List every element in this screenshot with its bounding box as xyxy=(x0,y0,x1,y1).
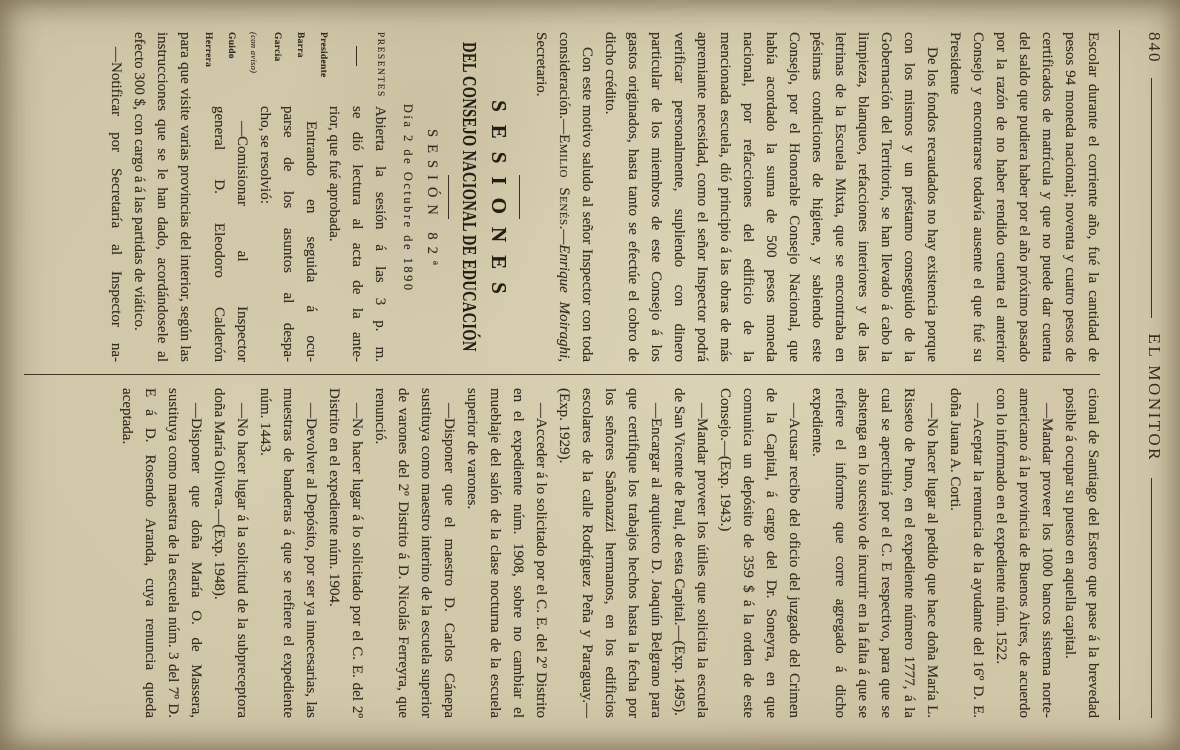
paragraph: Escolar durante el corriente año, fué la… xyxy=(943,32,1104,362)
attendance-line: rior, que fué aprobada. xyxy=(322,106,345,362)
left-column: Escolar durante el corriente año, fué la… xyxy=(104,32,1104,362)
paragraph: De los fondos recaudados no hay existenc… xyxy=(598,32,943,362)
right-column: cional de Santiago del Estero que pase á… xyxy=(104,388,1104,718)
attendance-line: parse de los asuntos al despa- xyxy=(276,106,299,362)
masthead: 840 EL MONITOR xyxy=(1144,32,1164,718)
closing-paragraph: Con este motivo saludo al señor Inspecto… xyxy=(529,32,598,362)
column-last-line: —Notificar por Secretaría al Inspector n… xyxy=(104,32,127,362)
attendance-line: general D. Eleodoro Calderón xyxy=(207,106,230,362)
presentes-rule-row xyxy=(334,32,357,106)
closing-dash: .— xyxy=(556,226,572,245)
paragraph: —Mandar proveer los 1000 bancos sistema … xyxy=(989,388,1058,718)
page-body: Escolar durante el corriente año, fué la… xyxy=(104,32,1104,718)
attendee-name: Herrera xyxy=(196,32,219,106)
page-number: 840 xyxy=(1144,32,1164,78)
secretary-name: Enrique Moiraghi xyxy=(556,244,572,358)
section-divider-top xyxy=(519,175,520,219)
attendance-block: PRESENTES Presidente Barra García (con a… xyxy=(196,32,391,362)
paragraph: —No hacer lugar á lo solicitado por el C… xyxy=(322,388,368,718)
paragraph: cional de Santiago del Estero que pase á… xyxy=(1058,388,1104,718)
paragraph: —Disponer que el maestro D. Carlos Cánep… xyxy=(368,388,460,718)
section-subtitle-text: DEL CONSEJO NACIONAL DE EDUCACIÓN xyxy=(456,42,482,352)
section-title: SESIONES xyxy=(486,32,512,362)
attendee-name: Presidente xyxy=(311,32,334,106)
attendee-name: Guido xyxy=(219,32,242,106)
paragraph: —Disponer que doña María O. de Massera, … xyxy=(115,388,207,718)
attendance-line: Abierta la sesión á las 3 p. m. xyxy=(368,106,391,362)
masthead-underline xyxy=(1119,30,1120,720)
masthead-rule-left xyxy=(1152,78,1153,318)
attendance-margin: PRESENTES Presidente Barra García (con a… xyxy=(196,32,391,106)
session-heading: SESIÓN 82ª xyxy=(421,32,442,362)
signature-name: Emilio Senés xyxy=(556,134,572,226)
continuation-paragraph: para que visite varias provincias del in… xyxy=(127,32,196,362)
paragraph: —Acceder á lo solicitado por el C. E. de… xyxy=(460,388,552,718)
attendee-note: (con aviso) xyxy=(242,32,265,106)
attendance-line: se dió lectura al acta de la ante- xyxy=(345,106,368,362)
presentes-rule xyxy=(356,46,357,66)
masthead-rule-right xyxy=(1152,478,1153,718)
attendance-line: cho, se resolvió: xyxy=(253,106,276,362)
presentes-label: PRESENTES xyxy=(368,32,391,106)
paragraph: —Acusar recibo del oficio del juzgado de… xyxy=(713,388,805,718)
paragraph: —Mandar proveer los útiles que solicita … xyxy=(667,388,713,718)
attendee-name: Barra xyxy=(288,32,311,106)
attendee-name: García xyxy=(265,32,288,106)
paragraph: —No hacer lugar al pedido que hace doña … xyxy=(805,388,943,718)
session-date: Día 2 de Octubre de 1890 xyxy=(399,32,416,362)
paragraph: —Encargar al arquitecto D. Joaquín Belgr… xyxy=(552,388,667,718)
section-divider-bottom xyxy=(448,175,449,219)
paragraph: —Devolver al Depósito, por ser ya innece… xyxy=(253,388,322,718)
section-subtitle: DEL CONSEJO NACIONAL DE EDUCACIÓN xyxy=(456,32,482,362)
paragraph: —No hacer lugar á la solicitud de la sub… xyxy=(207,388,253,718)
journal-title: EL MONITOR xyxy=(1144,318,1164,478)
attendance-line: Entrando en seguida á ocu- xyxy=(299,106,322,362)
scanned-page-stage: 840 EL MONITOR Escolar durante el corrie… xyxy=(0,0,1180,750)
attendance-text: Abierta la sesión á las 3 p. m. se dió l… xyxy=(196,106,391,362)
paragraph: —Aceptar la renuncia de la ayudante del … xyxy=(943,388,989,718)
attendance-line: —Comisionar al Inspector xyxy=(230,106,253,362)
book-page: 840 EL MONITOR Escolar durante el corrie… xyxy=(0,0,1180,750)
